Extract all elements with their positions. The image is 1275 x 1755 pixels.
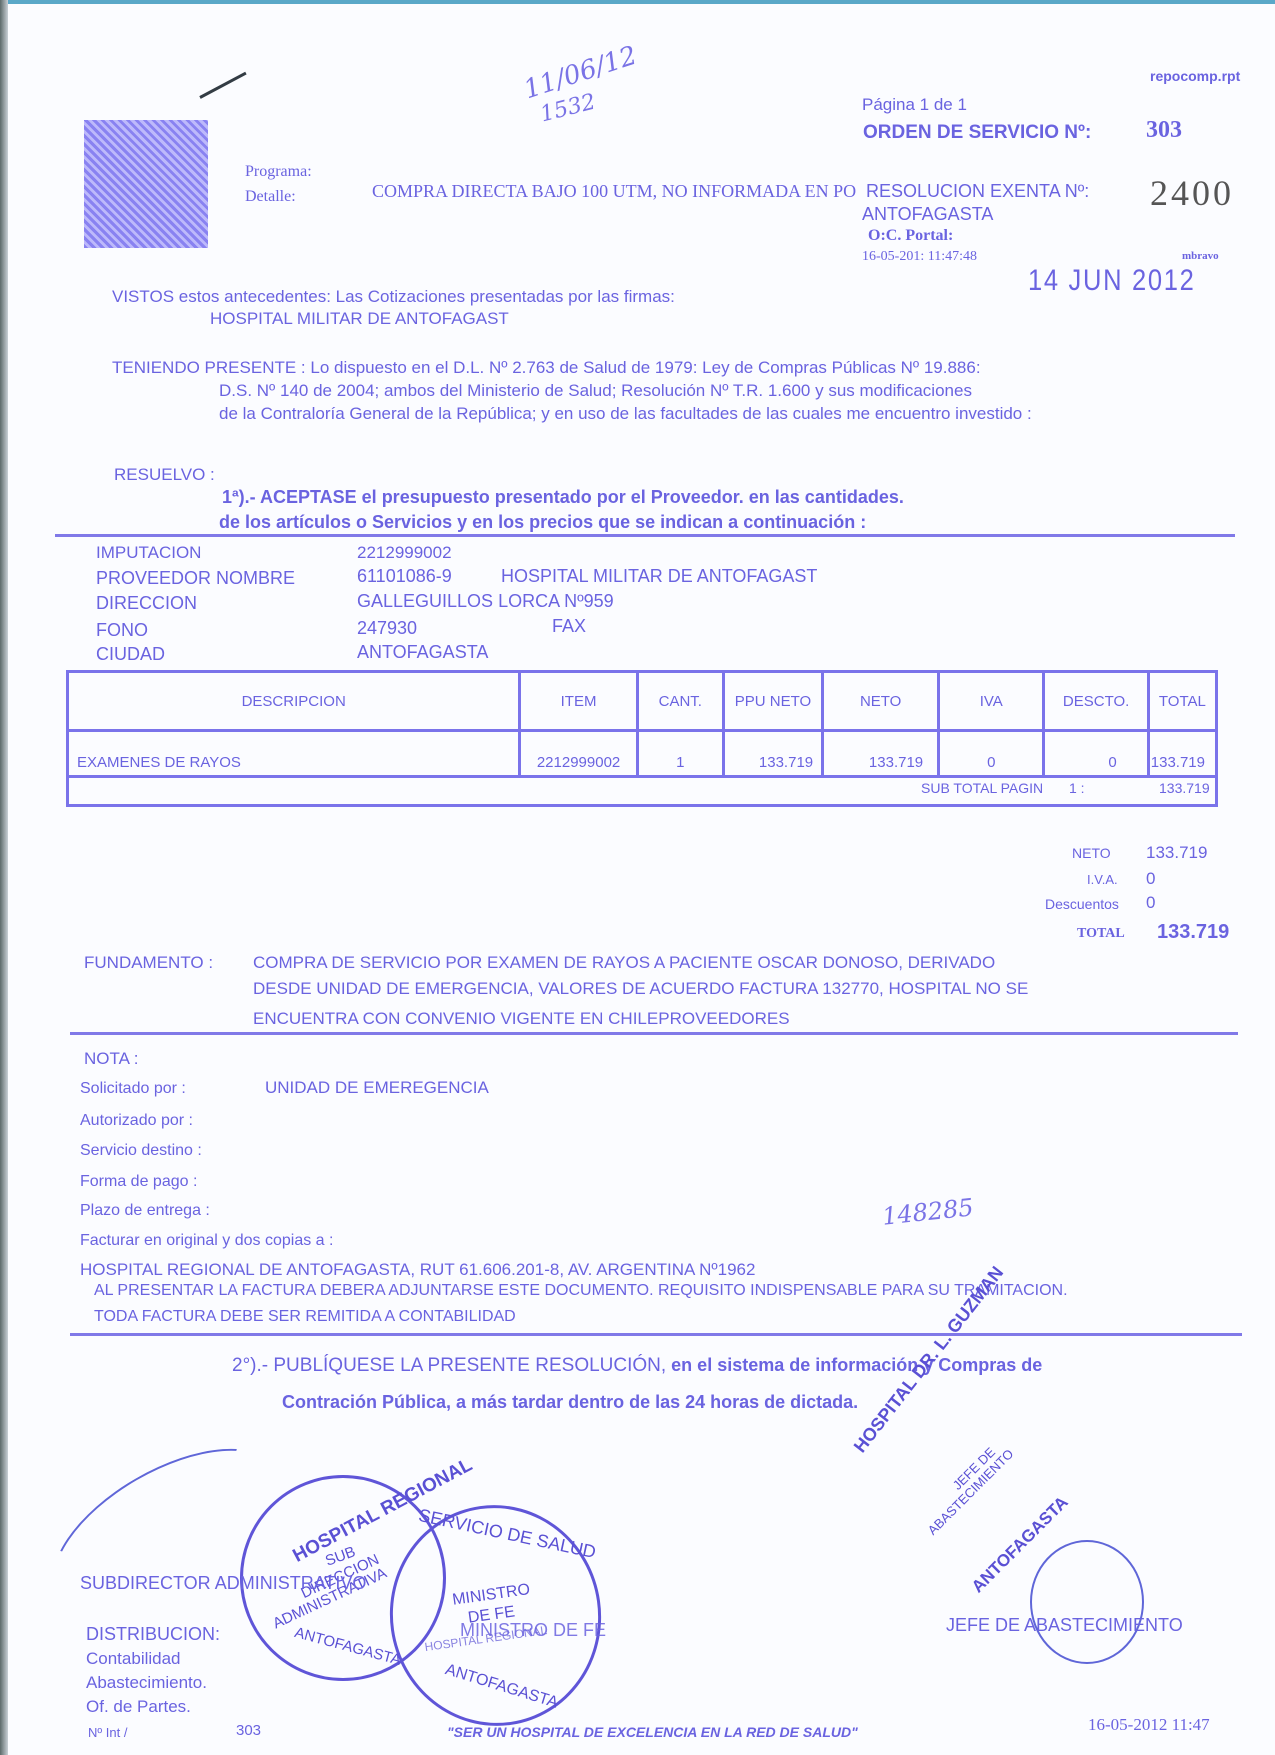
resuelvo-line-2: de los artículos o Servicios y en los pr…: [219, 512, 866, 533]
teniendo-line-3: de la Contraloría General de la Repúblic…: [219, 404, 1032, 424]
col-cant: CANT.: [637, 672, 723, 731]
vistos-label: VISTOS estos antecedentes: Las Cotizacio…: [112, 287, 675, 307]
neto-label: NETO: [1072, 845, 1111, 861]
imputacion-label: IMPUTACION: [96, 543, 201, 563]
col-item: ITEM: [520, 672, 637, 731]
teniendo-line-2: D.S. Nº 140 de 2004; ambos del Ministeri…: [219, 381, 972, 401]
proveedor-rut: 61101086-9: [357, 566, 452, 587]
items-table-header: DESCRIPCION ITEM CANT. PPU NETO NETO IVA…: [68, 672, 1217, 731]
subtotal-value: 133.719: [1159, 780, 1210, 796]
facturar-value: HOSPITAL REGIONAL DE ANTOFAGASTA, RUT 61…: [80, 1260, 755, 1280]
col-descto: DESCTO.: [1044, 672, 1148, 731]
fono-value: 247930: [357, 618, 417, 639]
resolucion-number: 2400: [1150, 172, 1234, 214]
solicitado-label: Solicitado por :: [80, 1080, 186, 1098]
institution-logo: [84, 120, 208, 248]
items-table: DESCRIPCION ITEM CANT. PPU NETO NETO IVA…: [66, 670, 1218, 807]
distribucion-item: Abastecimiento.: [86, 1673, 207, 1693]
jefe-abastecimiento-label: JEFE DE ABASTECIMIENTO: [946, 1615, 1183, 1636]
table-row: EXAMENES DE RAYOS 2212999002 1 133.719 1…: [68, 731, 1217, 777]
solicitado-value: UNIDAD DE EMEREGENCIA: [265, 1078, 489, 1098]
publiquese-line-2: Contración Pública, a más tardar dentro …: [282, 1392, 858, 1413]
invoice-warning-2: TODA FACTURA DEBE SER REMITIDA A CONTABI…: [94, 1308, 516, 1326]
col-neto: NETO: [823, 672, 939, 731]
fundamento-label: FUNDAMENTO :: [84, 953, 213, 973]
total-label: TOTAL: [1077, 926, 1125, 942]
facturar-label: Facturar en original y dos copias a :: [80, 1232, 333, 1250]
oc-portal-label: O:C. Portal:: [868, 227, 953, 245]
scan-top-edge: [0, 0, 1275, 4]
handwritten-number: 148285: [881, 1193, 975, 1230]
iva-value: 0: [1146, 869, 1155, 889]
cell-descripcion: EXAMENES DE RAYOS: [68, 731, 520, 777]
col-descripcion: DESCRIPCION: [68, 672, 520, 731]
plazo-entrega-label: Plazo de entrega :: [80, 1202, 210, 1220]
subdirector-label: SUBDIRECTOR ADMINISTRATIVO: [80, 1573, 366, 1594]
ciudad-value: ANTOFAGASTA: [357, 642, 488, 663]
publiquese-bold: 2°).- PUBLÍQUESE LA PRESENTE RESOLUCIÓN,: [232, 1355, 666, 1376]
resuelvo-label: RESUELVO :: [114, 465, 215, 485]
distribucion-item: Contabilidad: [86, 1649, 181, 1669]
resuelvo-line-1: 1ª).- ACEPTASE el presupuesto presentado…: [222, 487, 904, 508]
user-name: mbravo: [1182, 250, 1219, 262]
jefe-signature: [1030, 1540, 1144, 1664]
footer-motto: "SER UN HOSPITAL DE EXCELENCIA EN LA RED…: [447, 1724, 858, 1740]
iva-label: I.V.A.: [1087, 872, 1118, 887]
invoice-warning-1: AL PRESENTAR LA FACTURA DEBERA ADJUNTARS…: [94, 1282, 1068, 1300]
publiquese-rest: en el sistema de información y Compras d…: [666, 1355, 1042, 1375]
nota-label: NOTA :: [84, 1049, 138, 1069]
header-timestamp: 16-05-201: 11:47:48: [862, 249, 977, 265]
section-divider: [55, 534, 1235, 537]
forma-pago-label: Forma de pago :: [80, 1173, 197, 1191]
detalle-label: Detalle:: [245, 188, 296, 206]
cell-descto: 0: [1044, 731, 1148, 777]
servicio-destino-label: Servicio destino :: [80, 1142, 202, 1160]
received-date-stamp: 14 JUN 2012: [1028, 264, 1196, 298]
page-indicator: Página 1 de 1: [862, 95, 967, 115]
descuentos-value: 0: [1146, 893, 1155, 913]
order-label: ORDEN DE SERVICIO Nº:: [863, 122, 1091, 144]
ciudad-label: CIUDAD: [96, 644, 165, 665]
col-ppu-neto: PPU NETO: [723, 672, 822, 731]
fax-label: FAX: [552, 616, 586, 637]
fundamento-line-2: DESDE UNIDAD DE EMERGENCIA, VALORES DE A…: [253, 979, 1028, 999]
num-int-label: Nº Int /: [88, 1725, 127, 1740]
header-city: ANTOFAGASTA: [862, 204, 993, 225]
direccion-label: DIRECCION: [96, 593, 197, 614]
col-total: TOTAL: [1148, 672, 1216, 731]
resolucion-label: RESOLUCION EXENTA Nº:: [862, 181, 1089, 202]
scan-left-edge: [0, 0, 8, 1755]
imputacion-value: 2212999002: [357, 543, 452, 563]
distribucion-item: Of. de Partes.: [86, 1697, 191, 1717]
distribucion-label: DISTRIBUCION:: [86, 1624, 220, 1645]
autorizado-label: Autorizado por :: [80, 1112, 193, 1130]
num-int-value: 303: [236, 1722, 261, 1739]
cell-total: 133.719: [1148, 731, 1216, 777]
programa-label: Programa:: [245, 163, 312, 181]
footer-timestamp: 16-05-2012 11:47: [1088, 1715, 1210, 1735]
proveedor-nombre-value: HOSPITAL MILITAR DE ANTOFAGAST: [501, 566, 817, 587]
fono-label: FONO: [96, 620, 148, 641]
staple-mark: [199, 72, 246, 99]
direccion-value: GALLEGUILLOS LORCA Nº959: [357, 591, 614, 612]
col-iva: IVA: [939, 672, 1044, 731]
ministro-label: MINISTRO DE FE: [460, 1620, 606, 1641]
fundamento-line-3: ENCUENTRA CON CONVENIO VIGENTE EN CHILEP…: [253, 1009, 790, 1029]
descuentos-label: Descuentos: [1045, 896, 1119, 912]
cell-ppu-neto: 133.719: [723, 731, 822, 777]
teniendo-line-1: TENIENDO PRESENTE : Lo dispuesto en el D…: [112, 358, 981, 378]
cell-item: 2212999002: [520, 731, 637, 777]
nota-divider: [70, 1333, 1242, 1336]
subtotal-row: SUB TOTAL PAGIN 1 : 133.719: [68, 777, 1217, 806]
report-file: repocomp.rpt: [1150, 68, 1240, 84]
detalle-value: COMPRA DIRECTA BAJO 100 UTM, NO INFORMAD…: [372, 181, 856, 202]
cell-neto: 133.719: [823, 731, 939, 777]
subtotal-label: SUB TOTAL PAGIN: [921, 780, 1043, 796]
total-value: 133.719: [1157, 921, 1229, 944]
cell-iva: 0: [939, 731, 1044, 777]
subtotal-page: 1 :: [1069, 780, 1085, 796]
fundamento-line-1: COMPRA DE SERVICIO POR EXAMEN DE RAYOS A…: [253, 953, 995, 973]
proveedor-nombre-label: PROVEEDOR NOMBRE: [96, 568, 295, 589]
cell-cant: 1: [637, 731, 723, 777]
neto-value: 133.719: [1146, 843, 1207, 863]
order-number: 303: [1146, 117, 1182, 144]
vistos-firm: HOSPITAL MILITAR DE ANTOFAGAST: [210, 309, 509, 329]
fundamento-divider: [70, 1032, 1238, 1035]
